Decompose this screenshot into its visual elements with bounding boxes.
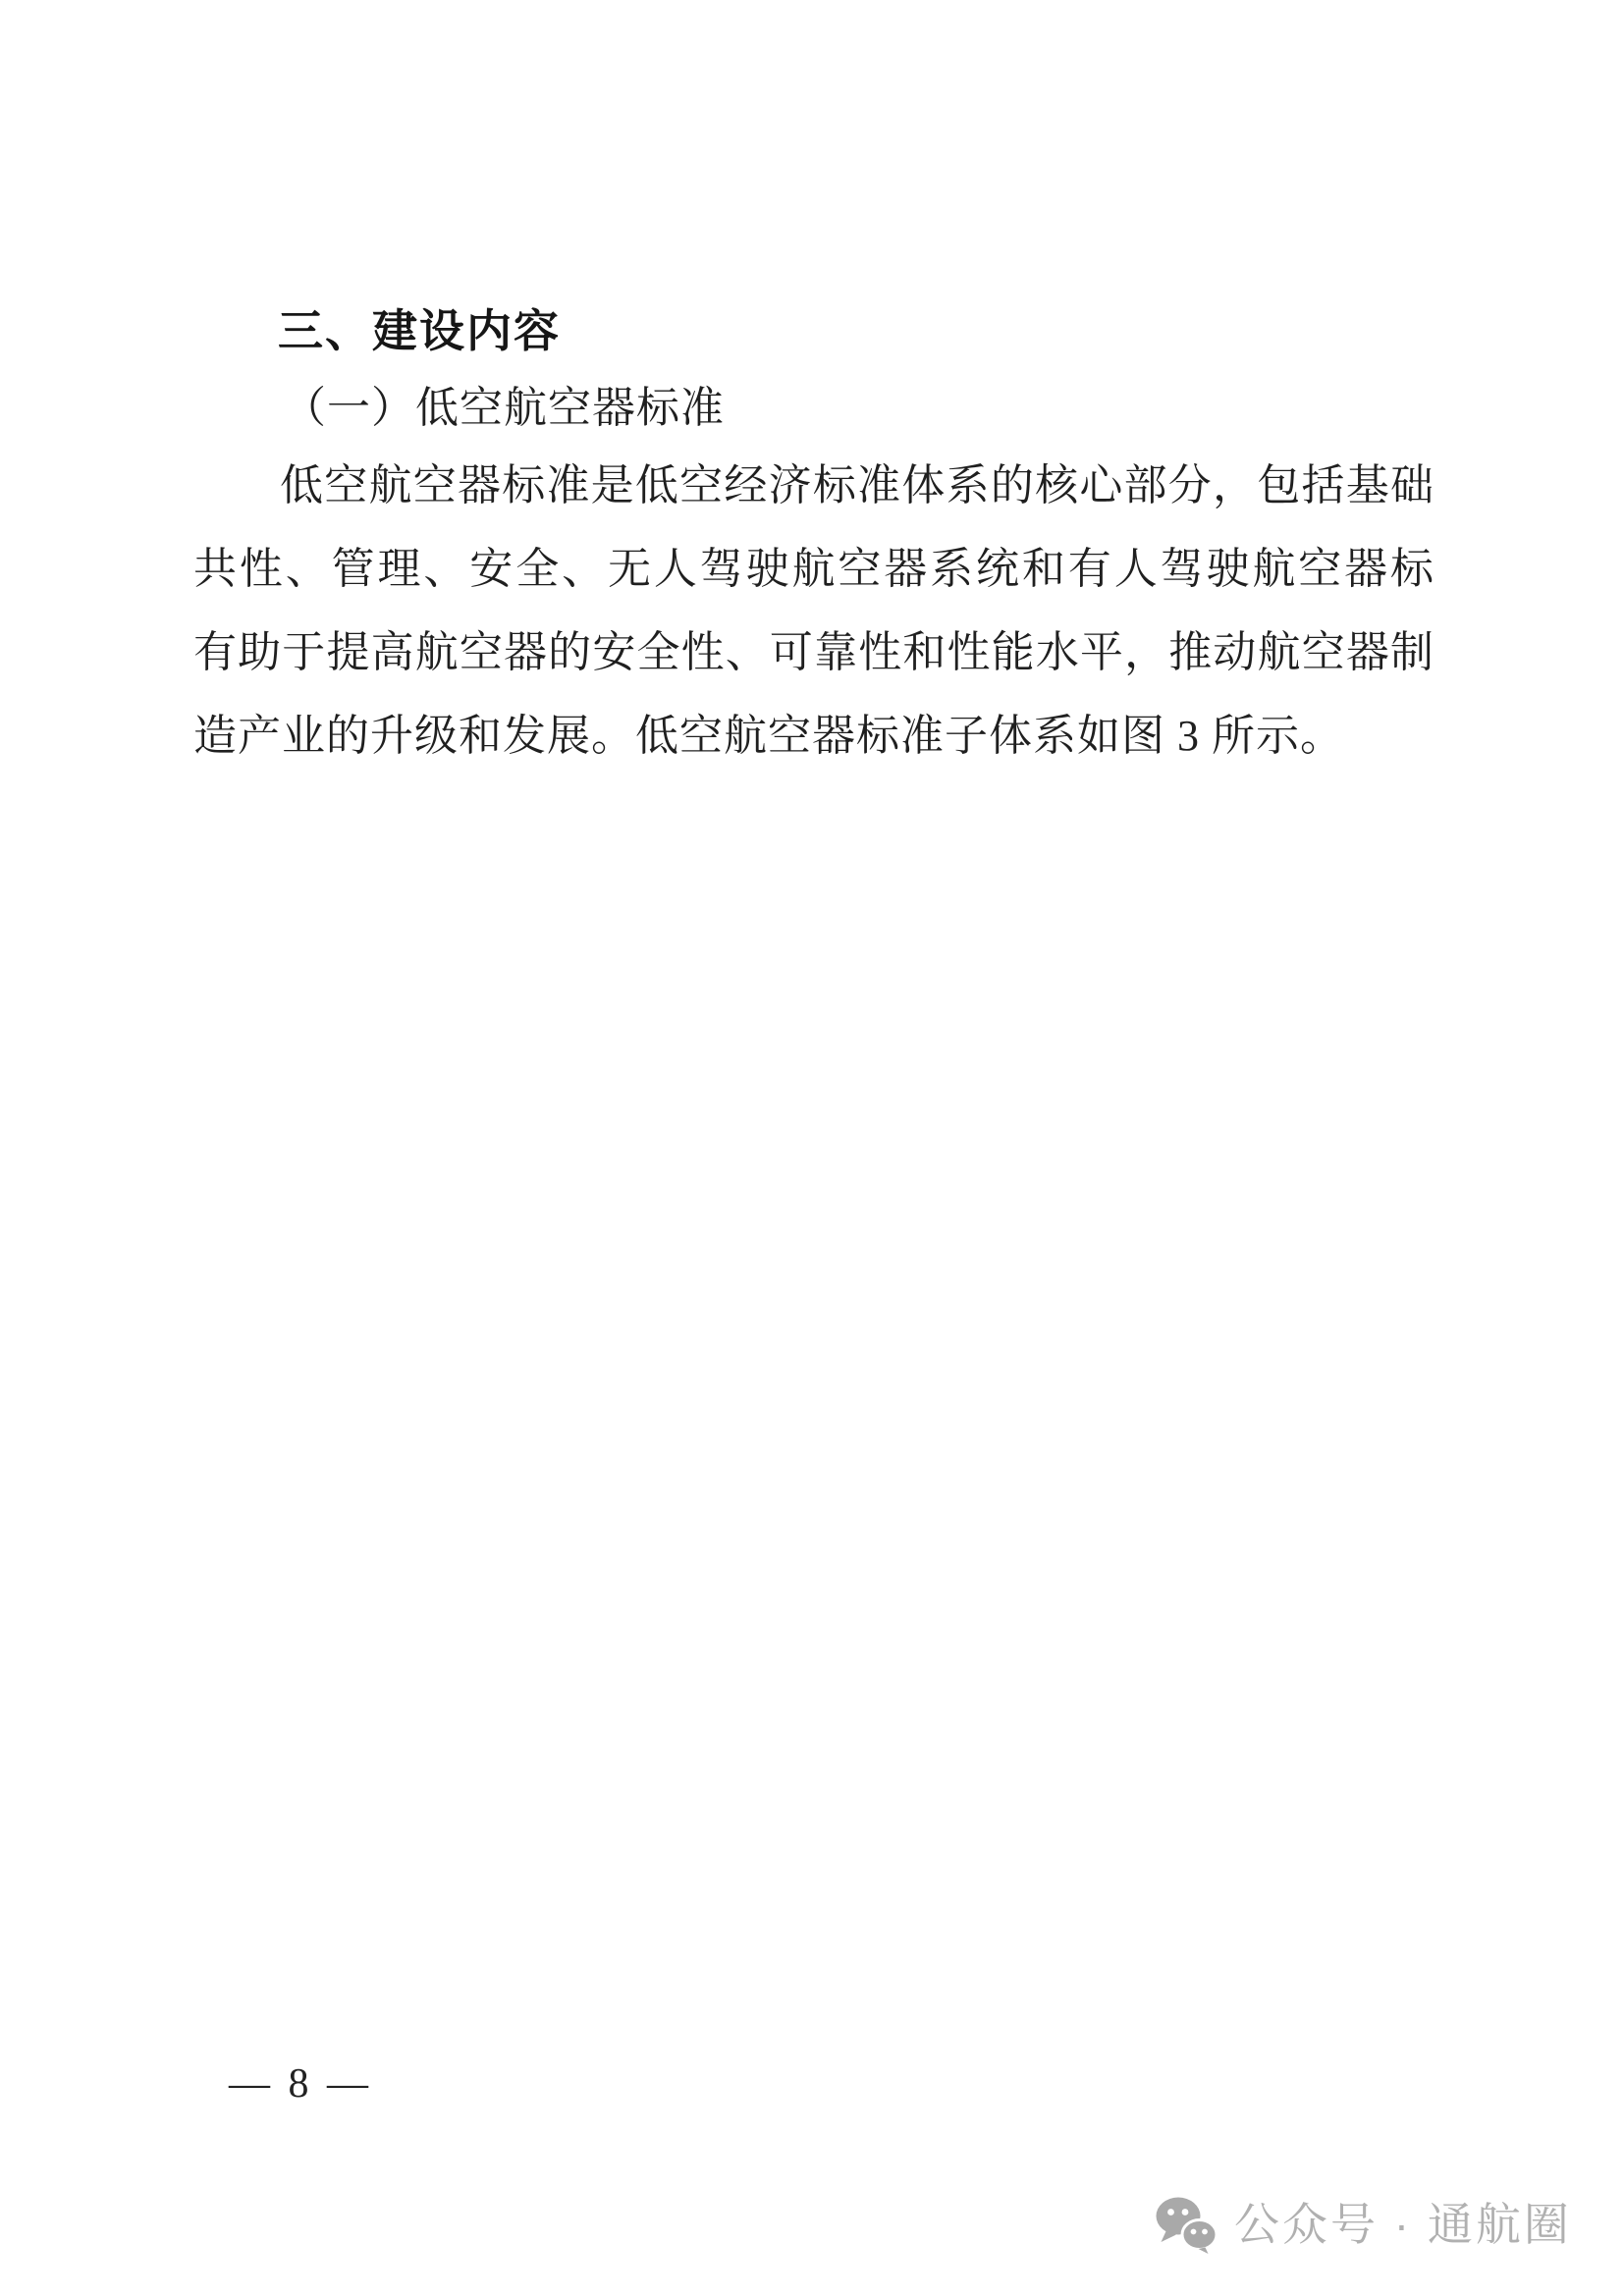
paragraph-line: 共性、管理、安全、无人驾驶航空器系统和有人驾驶航空器标准， [193, 527, 1435, 611]
watermark-label: 公众号 · 通航圈 [1234, 2202, 1572, 2247]
wechat-icon [1154, 2195, 1218, 2254]
section-heading: 三、建设内容 [278, 308, 561, 353]
paragraph-line: 低空航空器标准是低空经济标准体系的核心部分，包括基础 [193, 444, 1435, 527]
page-number: — 8 — [229, 2063, 372, 2105]
watermark: 公众号 · 通航圈 [1154, 2195, 1572, 2254]
subsection-heading: （一）低空航空器标准 [283, 385, 725, 432]
document-page: 三、建设内容 （一）低空航空器标准 低空航空器标准是低空经济标准体系的核心部分，… [0, 0, 1624, 2296]
paragraph-line: 造产业的升级和发展。低空航空器标准子体系如图 3 所示。 [193, 694, 1435, 777]
body-paragraph: 低空航空器标准是低空经济标准体系的核心部分，包括基础 共性、管理、安全、无人驾驶… [193, 444, 1435, 777]
paragraph-line: 有助于提高航空器的安全性、可靠性和性能水平，推动航空器制 [193, 611, 1435, 694]
